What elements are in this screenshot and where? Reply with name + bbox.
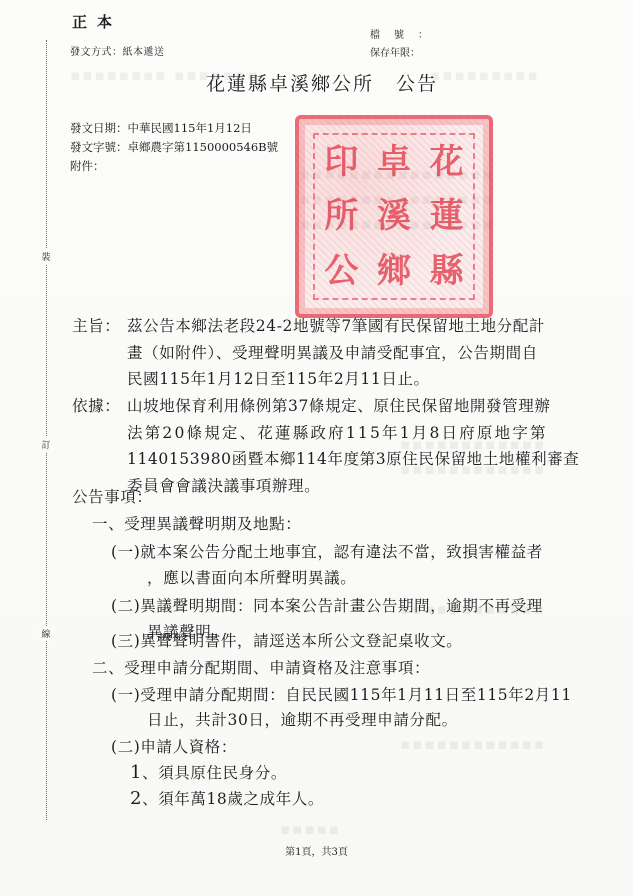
section-2-item-1-line: 日止，共計30日，逾期不再受理申請分配。 [147,707,458,734]
bleed-through-text: ▪▪▪▪▪▪▪▪▪ [430,66,540,84]
subject-line: 茲公告本鄉法老段24-2地號等7筆國有民保留地土地分配計 [127,313,592,340]
document-page: ▪▪▪▪▪▪▪▪ ▪▪▪▪▪▪▪ ▪▪▪▪▪▪▪▪▪ ▪▪▪▪▪▪▪▪▪▪▪▪▪… [0,0,633,896]
qualification-item-2: 2、須年萬18歲之成年人。 [130,786,324,813]
qualification-text: 、須年萬18歲之成年人。 [142,790,324,808]
file-number: 檔號： [370,26,428,41]
bleed-through-text: ▪▪▪▪▪▪▪▪▪▪▪▪ [400,735,546,753]
title-type: 公告 [396,73,438,95]
section-2-item-2-line: (二)申請人資格： [111,734,237,761]
official-seal-stamp: 印 卓 花 所 溪 蓮 公 鄉 縣 [295,115,493,318]
section-2-item-1-line: (一)受理申請分配期間：自民民國115年1月11日至115年2月11 [111,682,572,709]
seal-char: 蓮 [420,189,473,243]
subject-label: 主旨： [72,313,120,340]
binding-line [46,40,47,820]
basis-line: 山坡地保育利用條例第37條規定、原住民保留地開發管理辦 [127,393,592,420]
seal-char: 鄉 [368,244,421,298]
page-title: 花蓮縣卓溪鄉公所公告 [206,69,438,96]
attachment-label: 附件： [70,157,278,176]
qualification-item-1: 1、須具原住民身分。 [130,760,287,787]
qualification-number: 2 [130,788,142,809]
binding-char-xian: 線 [39,626,53,641]
qualification-number: 1 [130,762,142,783]
notice-heading: 公告事項： [72,484,153,511]
document-info: 發文日期：中華民國115年1月12日 發文字號：卓鄉農字第1150000546B… [70,119,278,176]
binding-char-zhuang: 裝 [39,249,53,264]
subject-section: 主旨： 茲公告本鄉法老段24-2地號等7筆國有民保留地土地分配計 畫（如附件）、… [72,313,592,393]
seal-char: 縣 [420,244,473,298]
bleed-through-text: ▪▪▪▪▪ [280,820,341,838]
seal-char: 溪 [368,189,421,243]
subject-line: 畫（如附件）、受理聲明異議及申請受配事宜，公告期間自 [127,340,592,367]
seal-char: 所 [315,189,368,243]
file-number-colon: ： [418,30,428,41]
seal-char: 卓 [368,135,421,189]
seal-char: 花 [420,135,473,189]
retention-period: 保存年限： [370,44,420,59]
issue-date: 發文日期：中華民國115年1月12日 [70,119,278,138]
section-2-title: 二、受理申請分配期間、申請資格及注意事項： [92,655,430,682]
section-1-item-1-line: (一)就本案公告分配土地事宜，認有違法不當，致損害權益者 [111,539,543,566]
document-number: 發文字號：卓鄉農字第1150000546B號 [70,138,278,157]
section-1-item-1-line: ，應以書面向本所聲明異議。 [147,565,356,592]
seal-inner: 印 卓 花 所 溪 蓮 公 鄉 縣 [313,133,475,300]
seal-char: 公 [315,244,368,298]
section-1-item-3-line: (三)異聲聲明書件，請逕送本所公文登記桌收文。 [111,628,462,655]
basis-line: 法第20條規定、花蓮縣政府115年1月8日府原地字第 [127,420,592,447]
basis-line: 委員會會議決議事項辦理。 [127,473,592,500]
page-number: 第1頁，共3頁 [0,843,633,858]
title-organization: 花蓮縣卓溪鄉公所 [206,73,374,95]
binding-char-ding: 訂 [39,437,53,452]
qualification-text: 、須具原住民身分。 [142,764,287,782]
subject-line: 民國115年1月12日至115年2月11日止。 [127,366,592,393]
file-number-label: 檔號 [370,30,418,41]
section-1-title: 一、受理異議聲明期及地點： [92,511,301,538]
basis-label: 依據： [72,393,120,420]
basis-line: 1140153980函暨本鄉114年度第3原住民保留地土地權利審查 [127,446,592,473]
original-copy-label: 正本 [72,11,122,32]
section-1-item-2-line: (二)異議聲明期間：同本案公告計畫公告期間，逾期不再受理 [111,593,543,620]
seal-char: 印 [315,135,368,189]
send-method: 發文方式：紙本遞送 [70,43,165,58]
